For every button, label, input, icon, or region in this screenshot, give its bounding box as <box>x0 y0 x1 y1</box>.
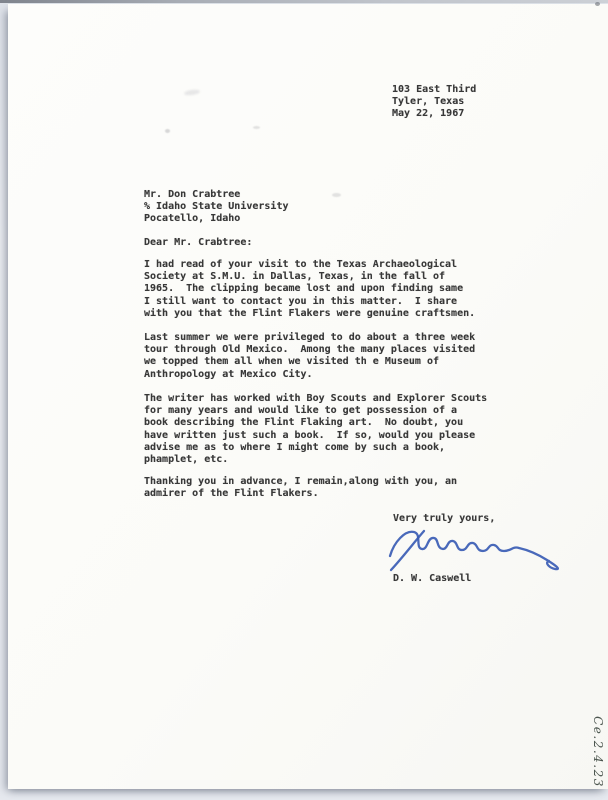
typed-signature-name: D. W. Caswell <box>393 573 471 585</box>
handwritten-signature-ink <box>386 524 568 578</box>
archive-catalog-number: Ce.2.4.23 <box>591 716 605 788</box>
sender-address-block: 103 East Third Tyler, Texas May 22, 1967 <box>392 84 476 121</box>
recipient-address-block: Mr. Don Crabtree % Idaho State Universit… <box>144 189 289 226</box>
paragraph-1: I had read of your visit to the Texas Ar… <box>144 259 475 320</box>
signature-scrawl-stroke <box>390 532 558 569</box>
scan-edge-shadow <box>0 0 608 3</box>
paragraph-2: Last summer we were privileged to do abo… <box>144 332 475 381</box>
scanned-letter-page: 103 East Third Tyler, Texas May 22, 1967… <box>0 0 608 800</box>
salutation: Dear Mr. Crabtree: <box>144 237 252 249</box>
paragraph-3: The writer has worked with Boy Scouts an… <box>144 393 487 466</box>
paragraph-4: Thanking you in advance, I remain,along … <box>144 476 457 500</box>
letter-paper: 103 East Third Tyler, Texas May 22, 1967… <box>8 4 608 789</box>
